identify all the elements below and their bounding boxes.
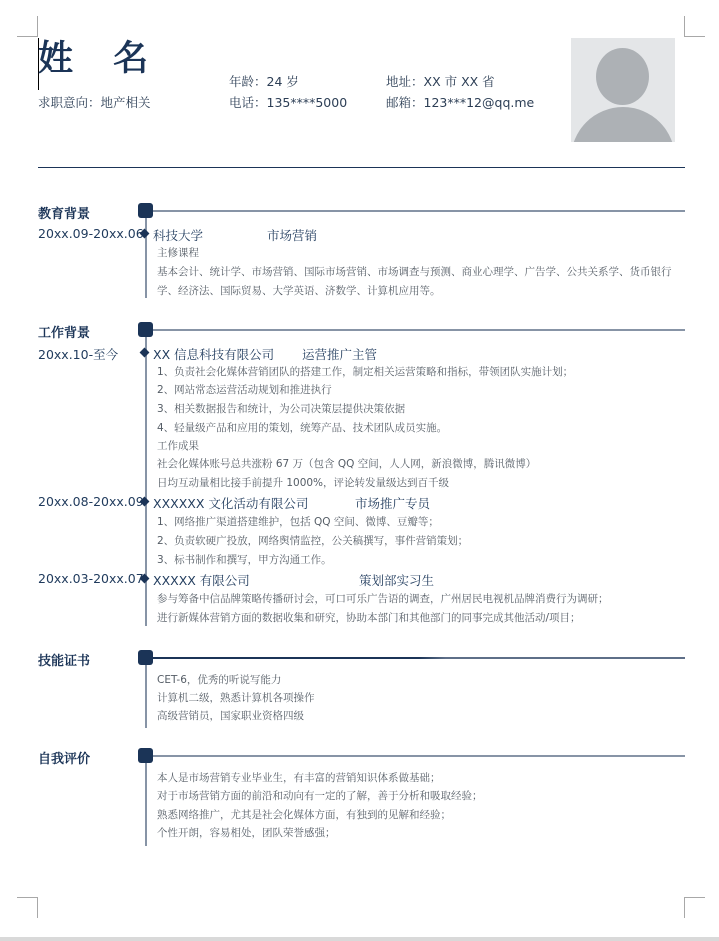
avatar-head-shape [596,48,649,105]
entry-role: 市场营销 [267,226,317,244]
entry-org: XXXXXX 文化活动有限公司 [153,494,308,512]
page-corner-mark-bottom-right [684,897,705,918]
entry-line: 进行新媒体营销方面的数据收集和研究，协助本部门和其他部门的同事完成其他活动/项目… [157,610,581,625]
resume-name[interactable]: 姓 名 [38,42,162,77]
entry-role: 策划部实习生 [359,571,434,589]
section-rule [153,755,685,757]
page-corner-mark-top-left [17,16,38,37]
section-node-icon [138,322,153,337]
page-bottom-edge [0,937,719,941]
skill-line: 计算机二级，熟悉计算机各项操作 [157,690,315,705]
timeline-line [145,212,147,298]
entry-line: 日均互动量相比接手前提升 1000%，评论转发量级达到百千级 [157,475,449,490]
entry-line: 1、负责社会化媒体营销团队的搭建工作，制定相关运营策略和指标，带领团队实施计划； [157,364,573,379]
entry-line: 4、轻量级产品和应用的策划，统筹产品、技术团队成员实施。 [157,420,447,435]
section-rule [153,210,685,212]
section-title: 教育背景 [38,203,90,222]
job-intent[interactable]: 求职意向：地产相关 [38,93,151,111]
address-field[interactable]: 地址：XX 市 XX 省 [386,72,495,90]
skill-line: 高级营销员，国家职业资格四级 [157,708,304,723]
section-rule [153,329,685,331]
entry-line: 主修课程 [157,245,199,260]
diamond-bullet-icon [140,348,150,358]
entry-org: XXXXX 有限公司 [153,571,250,589]
page-corner-mark-top-right [684,16,705,37]
entry-line: 2、负责软硬广投放，网络舆情监控，公关稿撰写，事件营销策划； [157,533,468,548]
entry-line: 社会化媒体账号总共涨粉 67 万（包含 QQ 空间，人人网，新浪微博，腾讯微博） [157,456,536,471]
section-node-icon [138,748,153,763]
entry-line: 工作成果 [157,438,199,453]
section-node-icon [138,650,153,665]
section-title: 技能证书 [38,650,90,669]
skill-line: CET-6，优秀的听说写能力 [157,672,281,687]
phone-field[interactable]: 电话：135****5000 [229,93,347,111]
timeline-line [145,756,147,846]
entry-date: 20xx.08-20xx.09 [38,494,144,509]
entry-line: 参与筹备中信品牌策略传播研讨会，可口可乐广告语的调查，广州居民电视机品牌消费行为… [157,591,609,606]
entry-org: 科技大学 [153,226,203,244]
header-divider [38,167,685,168]
entry-role: 市场推广专员 [355,494,430,512]
entry-org: XX 信息科技有限公司 [153,345,274,363]
timeline-line [145,658,147,728]
section-node-icon [138,203,153,218]
entry-date: 20xx.09-20xx.06 [38,226,144,241]
entry-date: 20xx.10-至今 [38,345,118,363]
avatar-body-shape [571,107,675,142]
entry-line: 1、网络推广渠道搭建维护，包括 QQ 空间、微博、豆瓣等； [157,514,439,529]
email-field[interactable]: 邮箱：123***12@qq.me [386,93,534,111]
entry-line: 3、标书制作和撰写，甲方沟通工作。 [157,552,332,567]
entry-line: 学、经济法、国际贸易、大学英语、济数学、计算机应用等。 [157,283,441,298]
page-corner-mark-bottom-left [17,897,38,918]
entry-line: 3、相关数据报告和统计，为公司决策层提供决策依据 [157,401,405,416]
section-title: 工作背景 [38,322,90,341]
entry-line: 2、网站常态运营活动规划和推进执行 [157,382,332,397]
self-eval-line: 本人是市场营销专业毕业生，有丰富的营销知识体系做基础； [157,770,441,785]
entry-role: 运营推广主管 [302,345,377,363]
avatar-placeholder-icon[interactable] [571,38,675,142]
entry-date: 20xx.03-20xx.07 [38,571,144,586]
self-eval-line: 熟悉网络推广，尤其是社会化媒体方面，有独到的见解和经验； [157,807,451,822]
section-title: 自我评价 [38,748,90,767]
section-rule [153,657,685,659]
entry-line: 基本会计、统计学、市场营销、国际市场营销、市场调查与预测、商业心理学、广告学、公… [157,264,672,279]
self-eval-line: 对于市场营销方面的前沿和动向有一定的了解，善于分析和吸取经验； [157,788,483,803]
self-eval-line: 个性开朗，容易相处，团队荣誉感强； [157,825,336,840]
age-field[interactable]: 年龄：24 岁 [229,72,299,90]
